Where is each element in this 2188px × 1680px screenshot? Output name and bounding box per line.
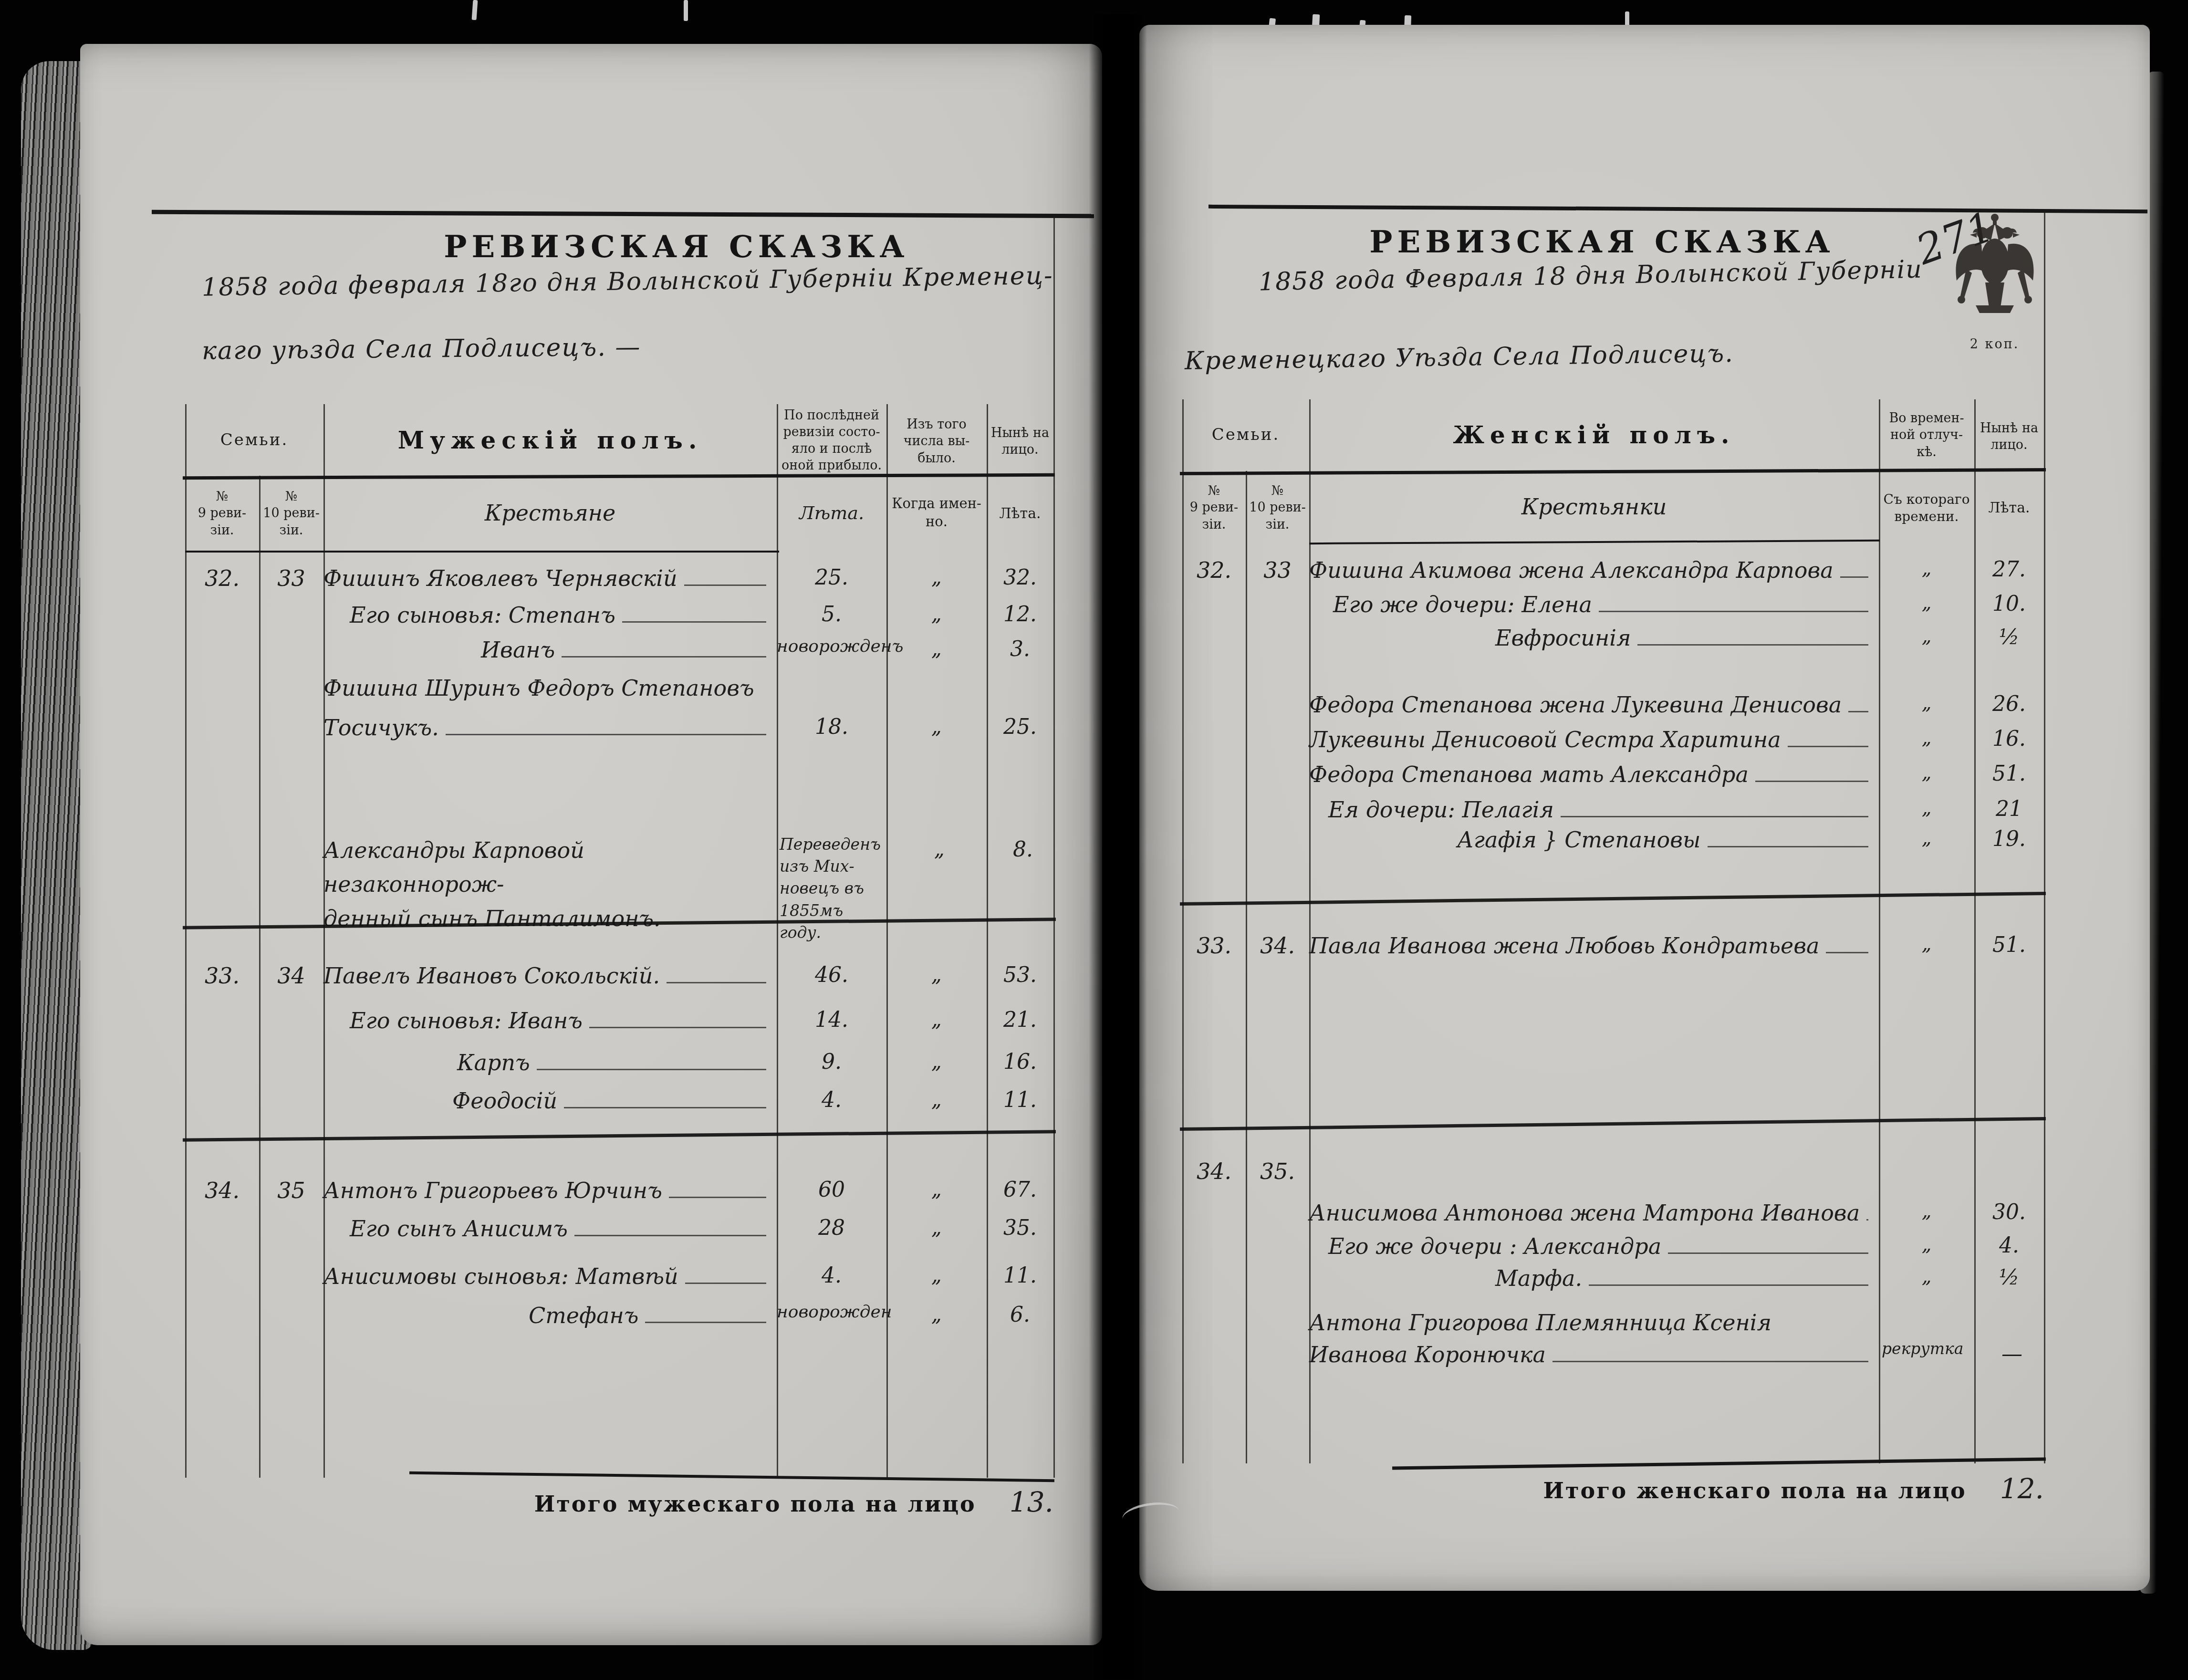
left-page: РЕВИЗСКАЯ СКАЗКА 1858 года февраля 18го …	[80, 44, 1102, 1645]
total-label: Итого мужескаго пола на лицо	[534, 1491, 976, 1517]
book-scan: РЕВИЗСКАЯ СКАЗКА 1858 года февраля 18го …	[0, 0, 2188, 1680]
family-divider-line	[183, 918, 1056, 929]
family-dividers	[80, 44, 1102, 1645]
total-value: 13.	[1010, 1486, 1053, 1518]
scanner-artifact	[472, 0, 478, 20]
total-value: 12.	[2000, 1472, 2044, 1505]
right-page: РЕВИЗСКАЯ СКАЗКА 271	[1139, 25, 2150, 1591]
total-label: Итого женскаго пола на лицо	[1543, 1478, 1967, 1503]
male-total: Итого мужескаго пола на лицо 13.	[366, 1486, 1053, 1518]
scanner-artifact	[684, 0, 688, 21]
book-spine-gutter	[1089, 14, 1147, 1680]
family-dividers	[1139, 25, 2150, 1591]
family-divider-line	[1180, 1117, 2046, 1131]
female-total: Итого женскаго пола на лицо 12.	[1368, 1472, 2044, 1505]
family-divider-line	[1180, 892, 2046, 906]
family-divider-line	[183, 1130, 1056, 1142]
